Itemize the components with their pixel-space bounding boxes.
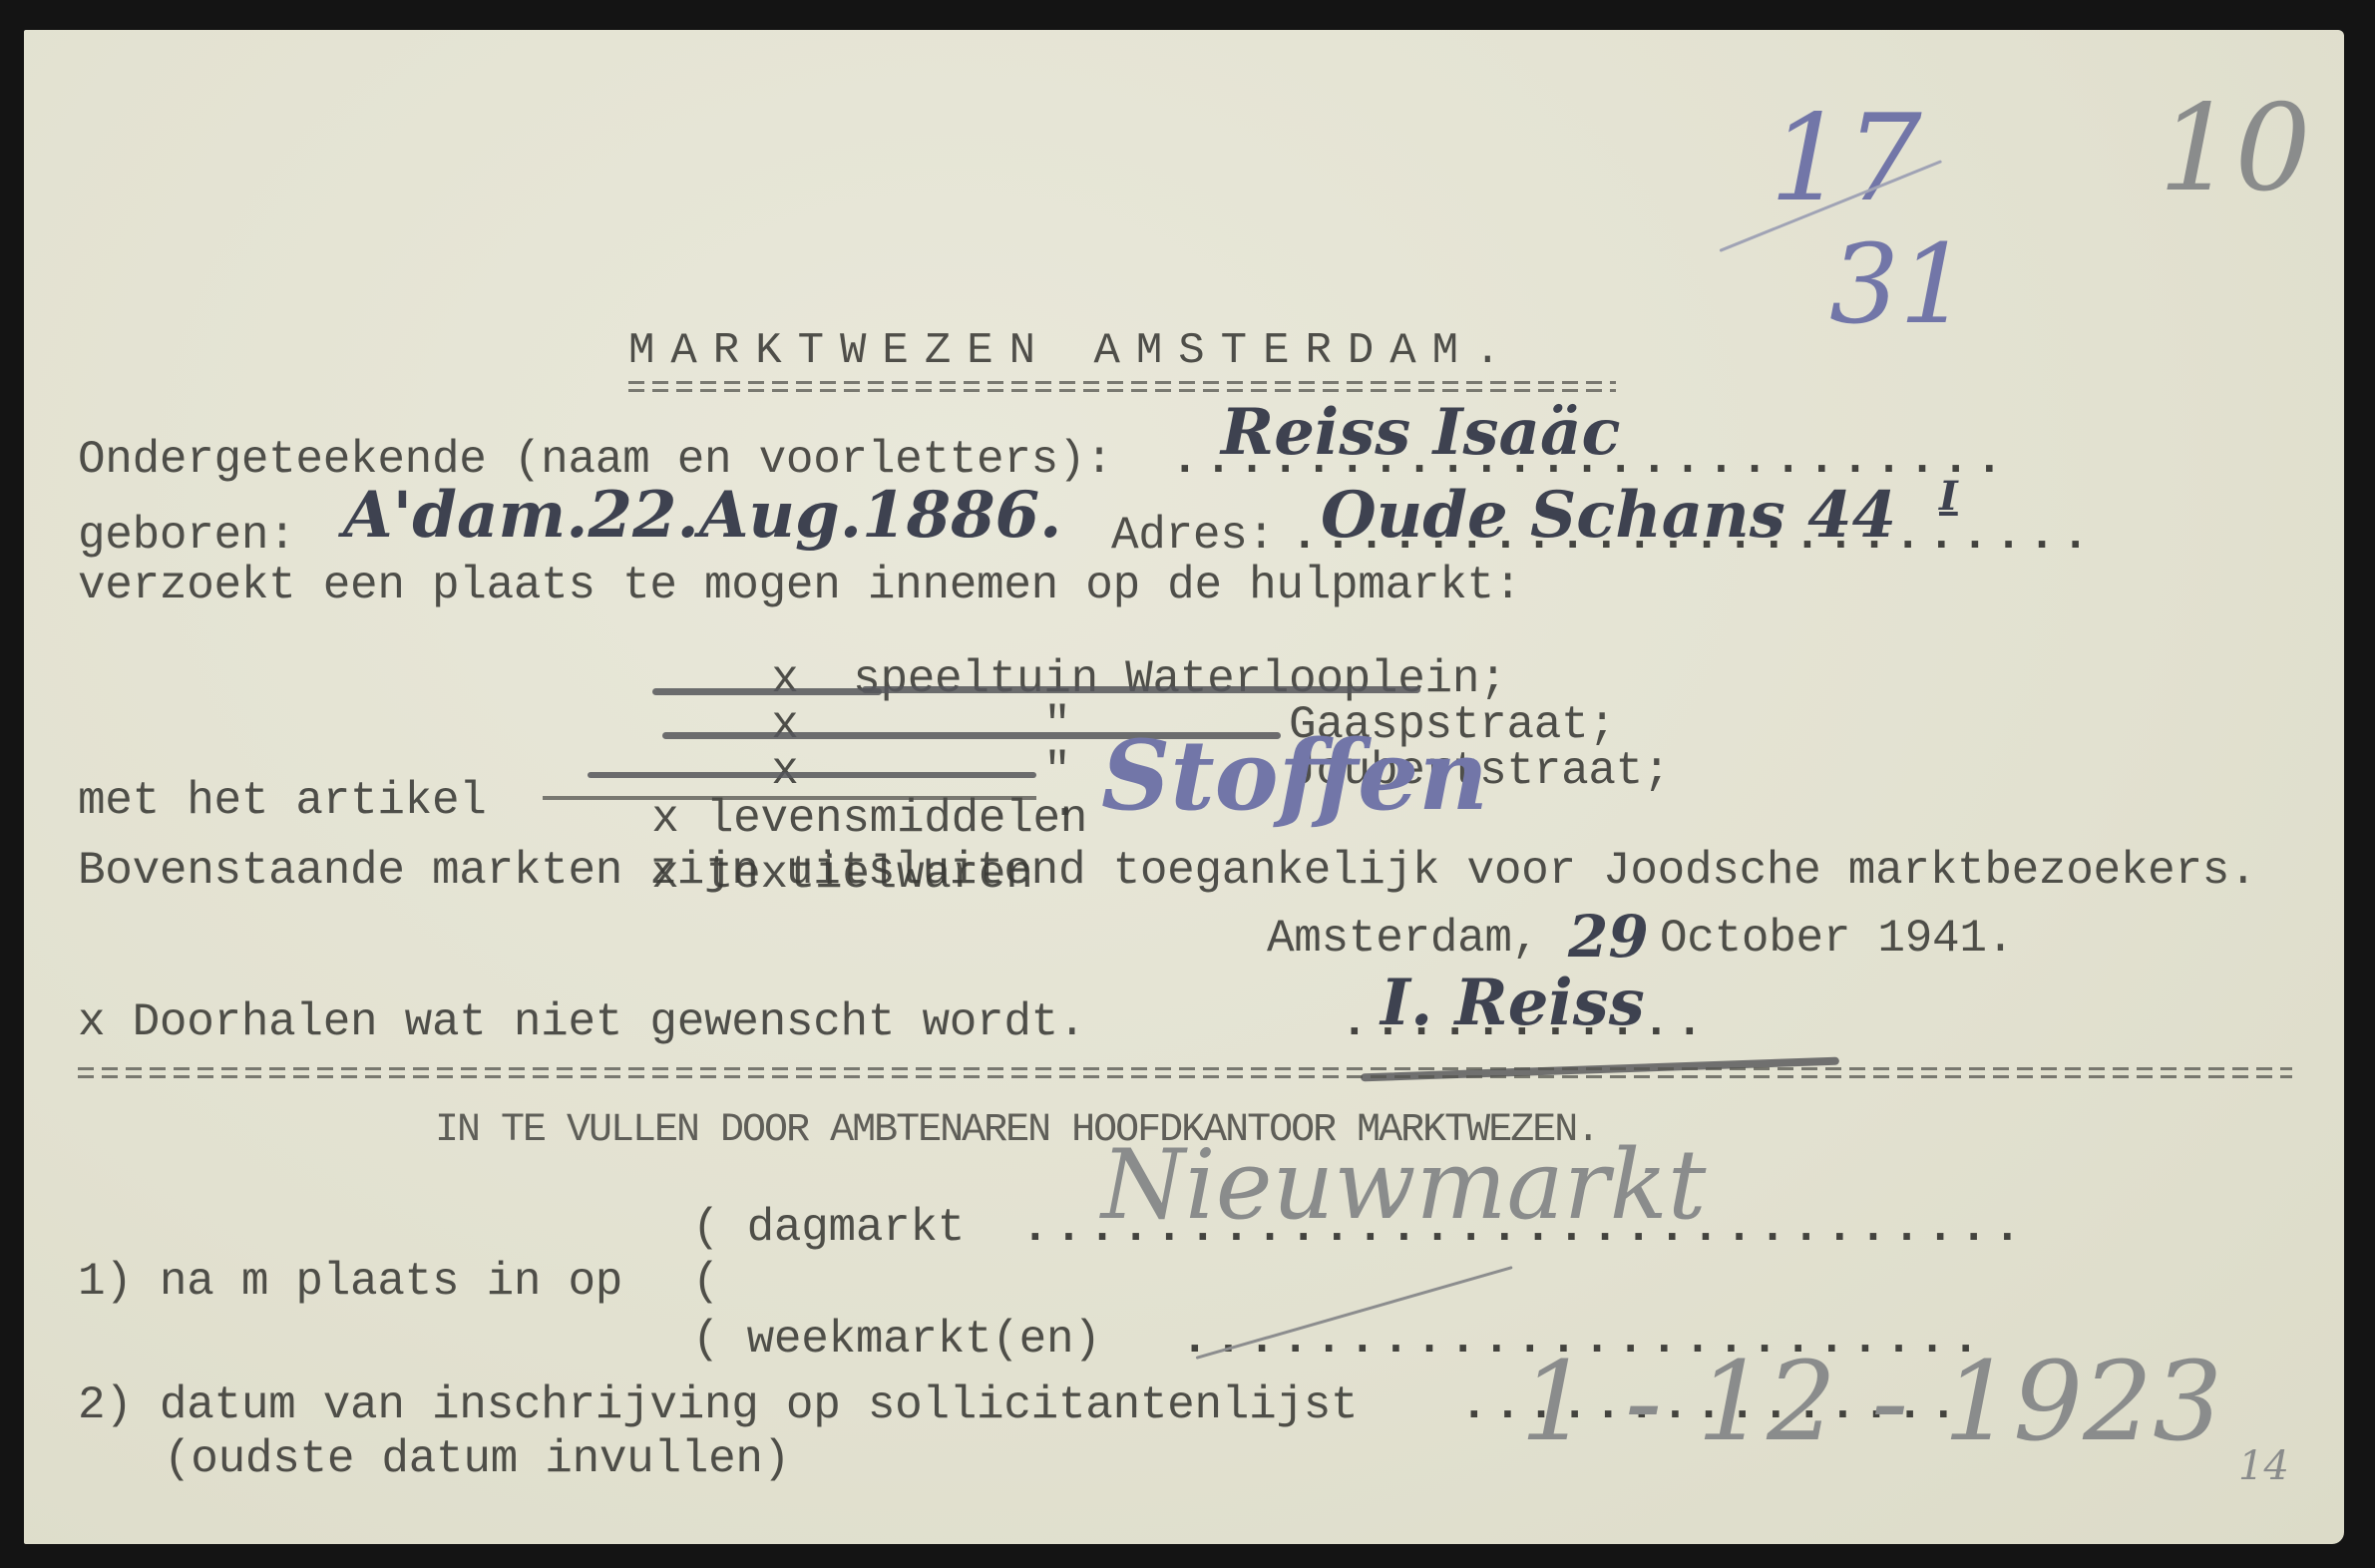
corner-mark: 10	[2159, 90, 2311, 209]
fraction-divider	[543, 796, 1036, 800]
article-period: .	[1051, 780, 1078, 826]
request-text: verzoekt een plaats te mogen innemen op …	[78, 563, 1521, 608]
item2-margin-note: 14	[2238, 1446, 2289, 1486]
item2-value[interactable]: 1 - 12 - 1923	[1520, 1347, 2222, 1456]
address-floor-suffix: I	[1939, 477, 1958, 517]
strike-levensmiddelen	[588, 772, 1036, 778]
address-value[interactable]: Oude Schans 44	[1321, 484, 1896, 548]
notice-text: Bovenstaande markten zijn uitsluitend to…	[78, 848, 2256, 894]
fraction-denominator: 31	[1829, 229, 1969, 339]
item1-label: 1) na m plaats in op	[78, 1259, 622, 1305]
birth-label: geboren:	[78, 513, 295, 559]
dagmarkt-label: ( dagmarkt	[692, 1205, 965, 1251]
form-title: MARKTWEZEN AMSTERDAM.	[628, 329, 1517, 373]
strike-instruction: x Doorhalen wat niet gewenscht wordt.	[78, 999, 1085, 1045]
dagmarkt-value[interactable]: Nieuwmarkt	[1101, 1137, 1706, 1233]
signature[interactable]: I. Reiss	[1381, 972, 1645, 1035]
weekmarkt-label: ( weekmarkt(en)	[692, 1317, 1101, 1363]
title-double-underline	[628, 381, 1616, 395]
address-label: Adres:	[1111, 513, 1275, 559]
strike-gaaspstraat-right	[862, 686, 1420, 693]
article-label: met het artikel	[78, 778, 487, 824]
article-handwritten-value[interactable]: Stoffen	[1101, 728, 1488, 824]
date-day[interactable]: 29	[1568, 908, 1649, 966]
market-application-card: 17 31 10 MARKTWEZEN AMSTERDAM. Ondergete…	[24, 30, 2344, 1544]
birth-value[interactable]: A'dam.22.Aug.1886.	[343, 484, 1061, 548]
name-label: Ondergeteekende (naam en voorletters):	[78, 437, 1113, 483]
brace-middle: (	[692, 1259, 719, 1305]
item2-sub-label: (oudste datum invullen)	[164, 1436, 790, 1482]
item2-label: 2) datum van inschrijving op sollicitant…	[78, 1382, 1358, 1428]
date-month-year: October 1941.	[1660, 916, 2014, 962]
strike-gaaspstraat-left	[652, 688, 882, 695]
section-divider	[78, 1067, 2292, 1081]
name-value[interactable]: Reiss Isaäc	[1221, 401, 1620, 465]
place-text: Amsterdam,	[1267, 916, 1539, 962]
